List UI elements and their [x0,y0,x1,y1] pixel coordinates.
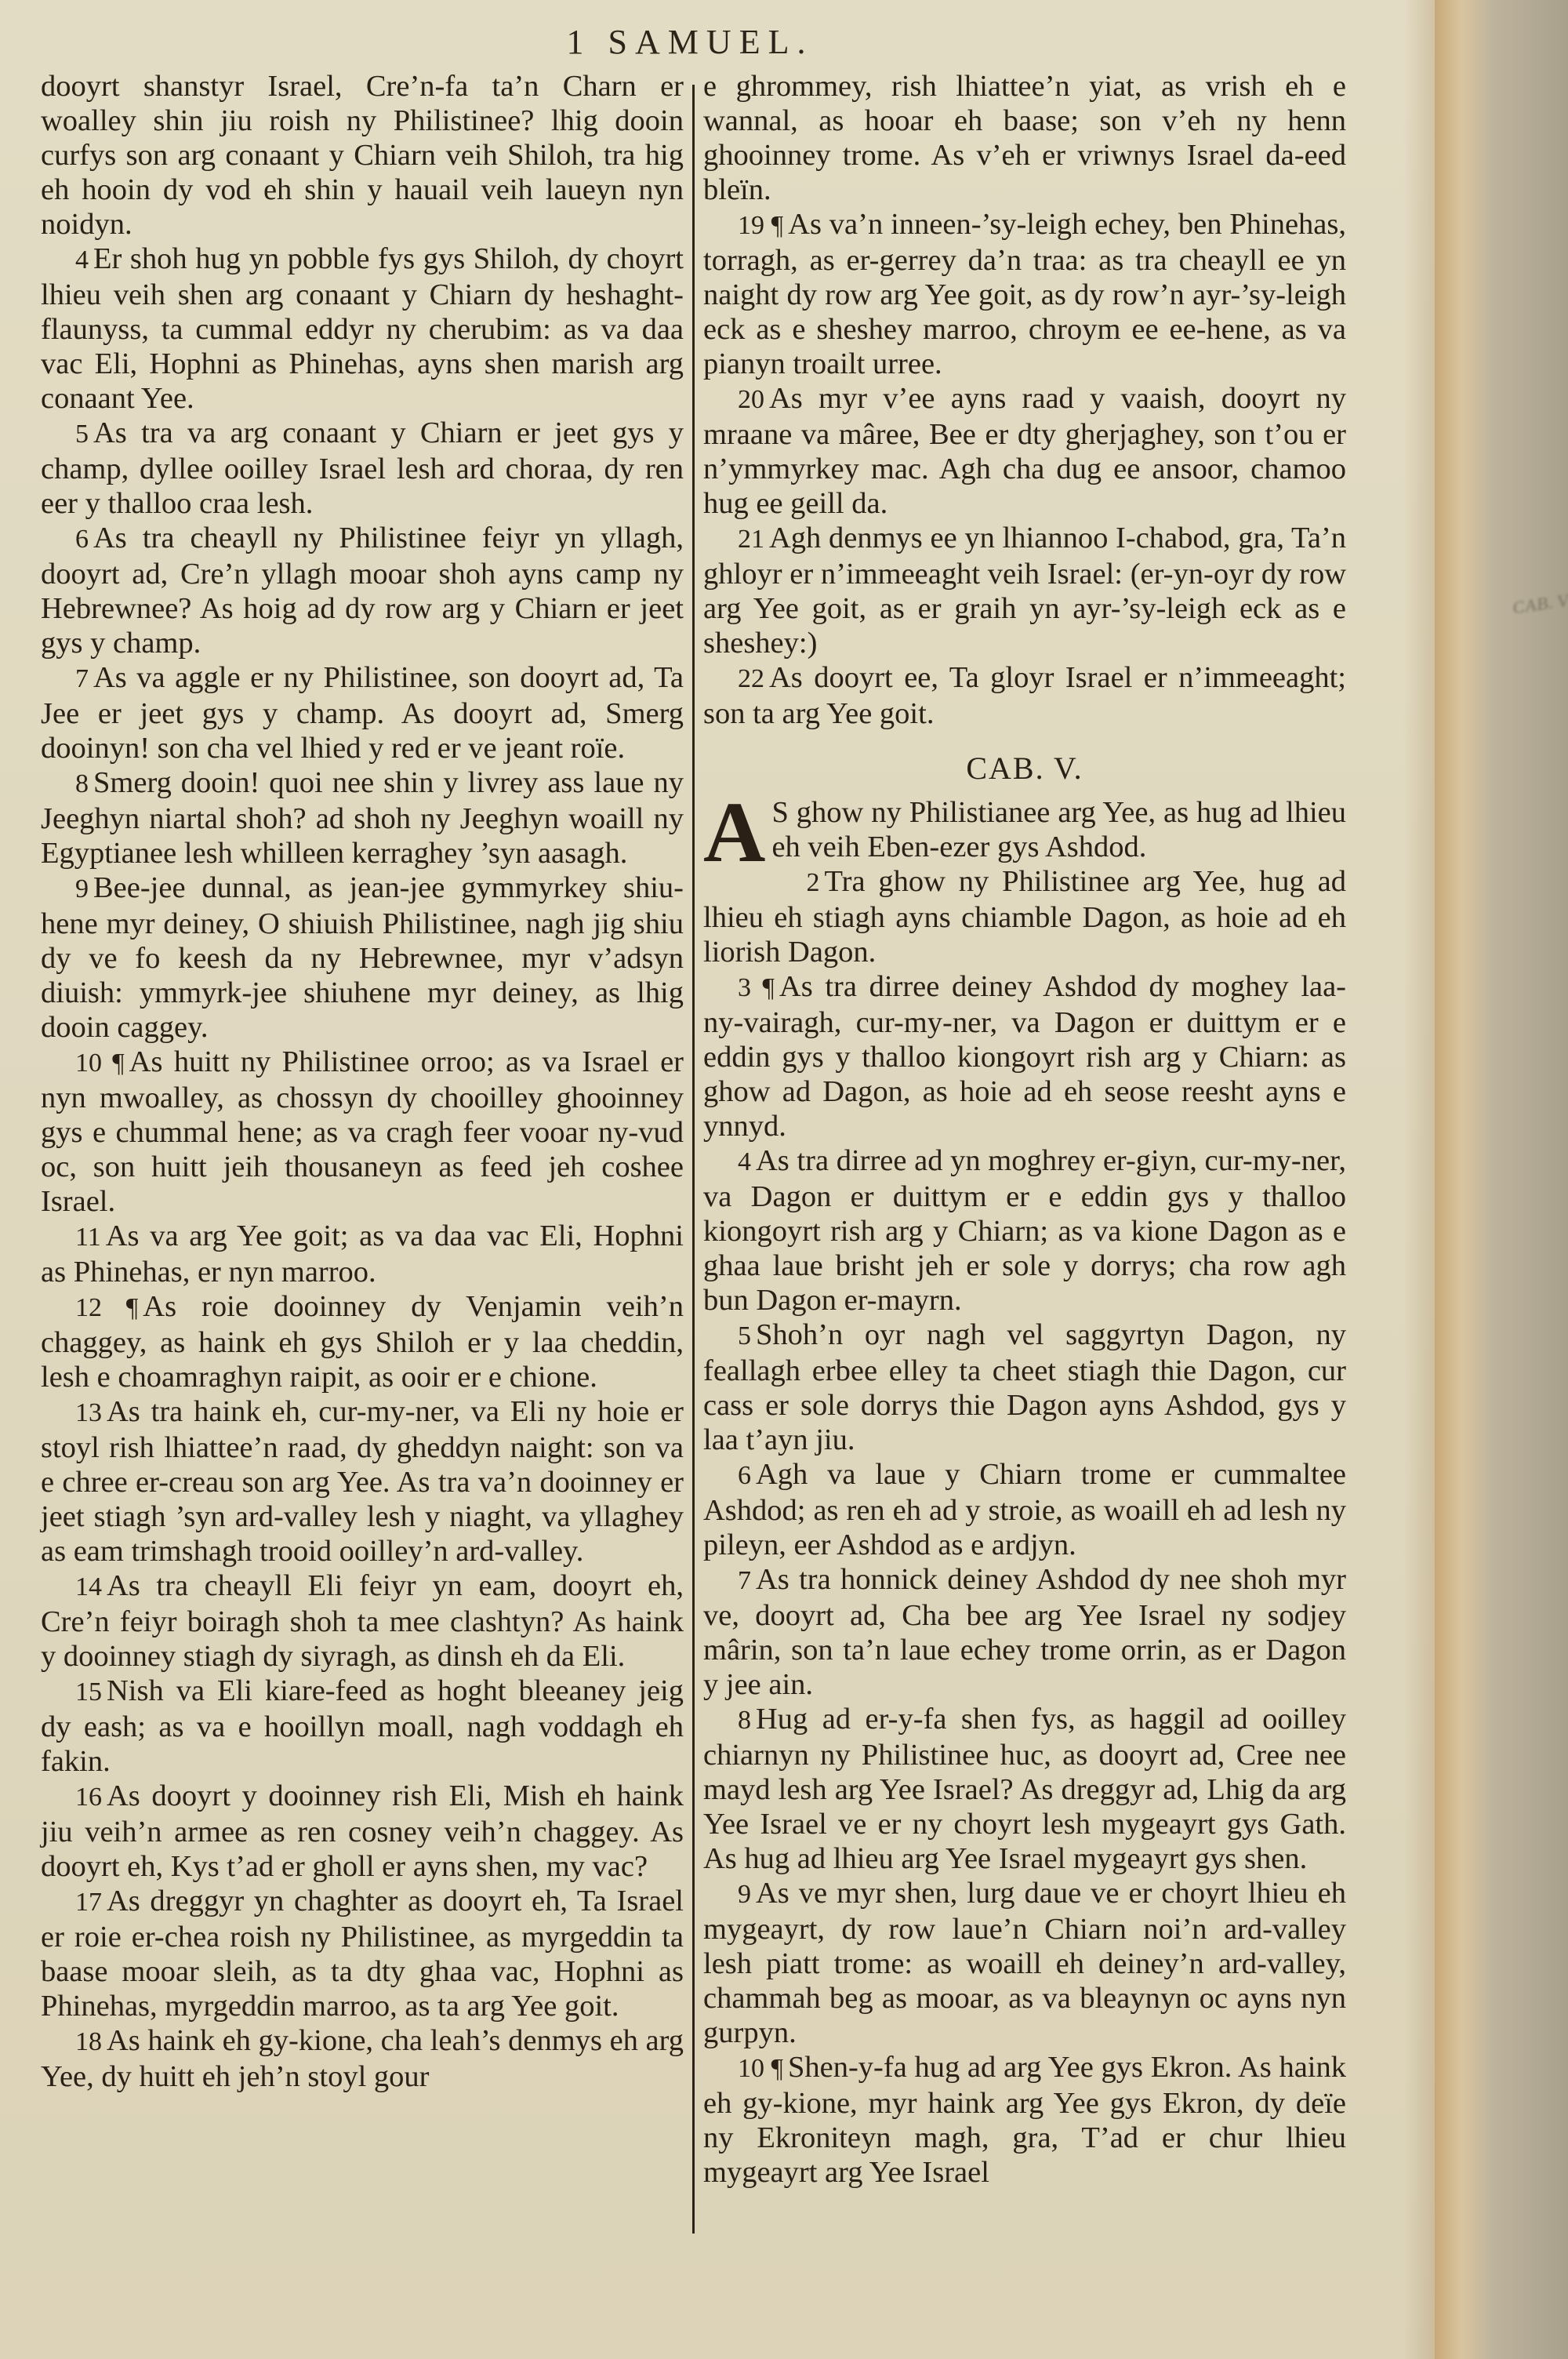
chapter-heading: CAB. V. [703,751,1346,786]
next-page-blurred-text: CAB. VI. [1482,15,1568,628]
verse-paragraph: 10 ¶As huitt ny Philistinee orroo; as va… [41,1045,684,1219]
verse-paragraph: 6As tra cheayll ny Philistinee feiyr yn … [41,521,684,660]
verse-text: As va’n inneen-’sy-leigh echey, ben Phin… [703,208,1346,380]
verse-paragraph: 13As tra haink eh, cur-my-ner, va Eli ny… [41,1394,684,1568]
verse-number: 22 [738,664,764,693]
verse-paragraph: 7As tra honnick deiney Ashdod dy nee sho… [703,1562,1346,1702]
verse-paragraph: 14As tra cheayll Eli feiyr yn eam, dooyr… [41,1568,684,1674]
verse-paragraph: 5Shoh’n oyr nagh vel saggyrtyn Dagon, ny… [703,1318,1346,1457]
verse-number: 6 [738,1461,751,1490]
verse-paragraph: 2Tra ghow ny Philistinee arg Yee, hug ad… [703,864,1346,969]
verse-text: Shoh’n oyr nagh vel saggyrtyn Dagon, ny … [703,1318,1346,1456]
verse-paragraph: 18As haink eh gy-kione, cha leah’s denmy… [41,2023,684,2094]
verse-number: 15 [75,1677,102,1707]
verse-paragraph: 3 ¶As tra dirree deiney Ashdod dy moghey… [703,969,1346,1143]
verse-paragraph: 17As dreggyr yn chaghter as dooyrt eh, T… [41,1884,684,2023]
verse-number: 4 [75,245,89,274]
verse-paragraph: 4As tra dirree ad yn moghrey er-giyn, cu… [703,1143,1346,1318]
running-head: 1 SAMUEL. [0,22,1380,62]
verse-paragraph: 7As va aggle er ny Philistinee, son dooy… [41,660,684,765]
verse-paragraph: 19 ¶As va’n inneen-’sy-leigh echey, ben … [703,207,1346,381]
verse-number: 5 [738,1321,751,1350]
verse-number: 4 [738,1147,751,1176]
chapter-4-end: e ghrommey, rish lhiattee’n yiat, as vri… [703,69,1346,731]
verse-paragraph: 9As ve myr shen, lurg daue ve er choyrt … [703,1876,1346,2050]
verse-text: Bee-jee dunnal, as jean-jee gymmyrkey sh… [41,871,684,1044]
verse-text: As dooyrt y dooinney rish Eli, Mish eh h… [41,1779,684,1883]
verse-text: Tra ghow ny Philistinee arg Yee, hug ad … [703,865,1346,969]
column-divider-rule [692,85,695,2234]
verse-text: As haink eh gy-kione, cha leah’s denmys … [41,2024,684,2093]
verse-paragraph: 20As myr v’ee ayns raad y vaaish, dooyrt… [703,381,1346,521]
verse-text: As tra haink eh, cur-my-ner, va Eli ny h… [41,1395,684,1568]
verse-text: As tra cheayll Eli feiyr yn eam, dooyrt … [41,1569,684,1673]
verse-number: 7 [738,1566,751,1595]
next-page-chapter-heading: CAB. VI. [1513,564,1568,624]
verse-text: Shen-y-fa hug ad arg Yee gys Ekron. As h… [703,2051,1346,2189]
verse-paragraph: 9Bee-jee dunnal, as jean-jee gymmyrkey s… [41,871,684,1045]
verse-number: 5 [75,420,89,449]
next-page-edge: CAB. VI. [1435,0,1568,2359]
verse-number: 8 [75,769,89,798]
verse-paragraph: 6Agh va laue y Chiarn trome er cummaltee… [703,1457,1346,1562]
verse-number: 19 ¶ [738,211,783,240]
verse-text: Agh denmys ee yn lhiannoo I-chabod, gra,… [703,522,1346,660]
verse-number: 9 [738,1880,751,1909]
verse-number: 16 [75,1783,102,1812]
verse-text: As dooyrt ee, Ta gloyr Israel er n’immee… [703,661,1346,730]
verse-paragraph: 5As tra va arg conaant y Chiarn er jeet … [41,416,684,521]
verse-text: Hug ad er-y-fa shen fys, as haggil ad oo… [703,1703,1346,1875]
verse-number: 21 [738,525,764,554]
opening-text: S ghow ny Philistianee arg Yee, as hug a… [771,796,1346,863]
verse-text: As dreggyr yn chaghter as dooyrt eh, Ta … [41,1885,684,2023]
verse-number: 8 [738,1706,751,1735]
verse-number: 7 [75,664,89,693]
verse-number: 2 [806,868,819,897]
book-page: 1 SAMUEL. dooyrt shanstyr Israel, Cre’n-… [0,0,1435,2359]
verse-paragraph: 4Er shoh hug yn pobble fys gys Shiloh, d… [41,242,684,416]
verse-paragraph: 15Nish va Eli kiare-feed as hoght bleean… [41,1674,684,1779]
verse-text: As huitt ny Philistinee orroo; as va Isr… [41,1045,684,1218]
verse-text: As tra dirree ad yn moghrey er-giyn, cur… [703,1144,1346,1317]
right-column: e ghrommey, rish lhiattee’n yiat, as vri… [703,69,1346,2190]
chapter-5-verses: 2Tra ghow ny Philistinee arg Yee, hug ad… [703,864,1346,2190]
verse-paragraph: 8Hug ad er-y-fa shen fys, as haggil ad o… [703,1702,1346,1876]
verse-text: As va aggle er ny Philistinee, son dooyr… [41,661,684,765]
verse-text: e ghrommey, rish lhiattee’n yiat, as vri… [703,70,1346,206]
verse-number: 17 [75,1888,102,1917]
verse-number: 14 [75,1572,102,1601]
verse-number: 10 ¶ [738,2054,783,2083]
verse-number: 12 ¶ [75,1293,138,1322]
verse-text: As tra honnick deiney Ashdod dy nee shoh… [703,1563,1346,1701]
drop-cap: A [703,798,765,866]
verse-paragraph: 22As dooyrt ee, Ta gloyr Israel er n’imm… [703,660,1346,731]
verse-number: 3 ¶ [738,973,775,1002]
verse-number: 10 ¶ [75,1049,125,1078]
verse-text: As ve myr shen, lurg daue ve er choyrt l… [703,1877,1346,2049]
verse-number: 6 [75,525,89,554]
verse-number: 13 [75,1398,102,1427]
left-column: dooyrt shanstyr Israel, Cre’n-fa ta’n Ch… [41,69,684,2094]
verse-text: As va arg Yee goit; as va daa vac Eli, H… [41,1219,684,1289]
verse-number: 11 [75,1223,101,1252]
verse-text: Smerg dooin! quoi nee shin y livrey ass … [41,766,684,870]
verse-number: 18 [75,2027,102,2056]
verse-text: As tra dirree deiney Ashdod dy moghey la… [703,970,1346,1143]
verse-text: Er shoh hug yn pobble fys gys Shiloh, dy… [41,242,684,415]
verse-number: 20 [738,385,764,414]
verse-text: As myr v’ee ayns raad y vaaish, dooyrt n… [703,382,1346,520]
verse-paragraph: dooyrt shanstyr Israel, Cre’n-fa ta’n Ch… [41,69,684,242]
verse-number: 9 [75,874,89,903]
verse-text: As tra va arg conaant y Chiarn er jeet g… [41,416,684,520]
verse-paragraph: 11As va arg Yee goit; as va daa vac Eli,… [41,1219,684,1289]
verse-paragraph: 8Smerg dooin! quoi nee shin y livrey ass… [41,765,684,871]
verse-text: As tra cheayll ny Philistinee feiyr yn y… [41,522,684,660]
verse-text: Agh va laue y Chiarn trome er cummaltee … [703,1458,1346,1561]
verse-paragraph: 21Agh denmys ee yn lhiannoo I-chabod, gr… [703,521,1346,660]
verse-paragraph: 16As dooyrt y dooinney rish Eli, Mish eh… [41,1779,684,1884]
chapter-opening-paragraph: AS ghow ny Philistianee arg Yee, as hug … [703,795,1346,864]
verse-paragraph: e ghrommey, rish lhiattee’n yiat, as vri… [703,69,1346,207]
verse-paragraph: 12 ¶As roie dooinney dy Venjamin veih’n … [41,1289,684,1394]
verse-text: Nish va Eli kiare-feed as hoght bleeaney… [41,1674,684,1778]
verse-paragraph: 10 ¶Shen-y-fa hug ad arg Yee gys Ekron. … [703,2050,1346,2190]
verse-text: dooyrt shanstyr Israel, Cre’n-fa ta’n Ch… [41,70,684,241]
